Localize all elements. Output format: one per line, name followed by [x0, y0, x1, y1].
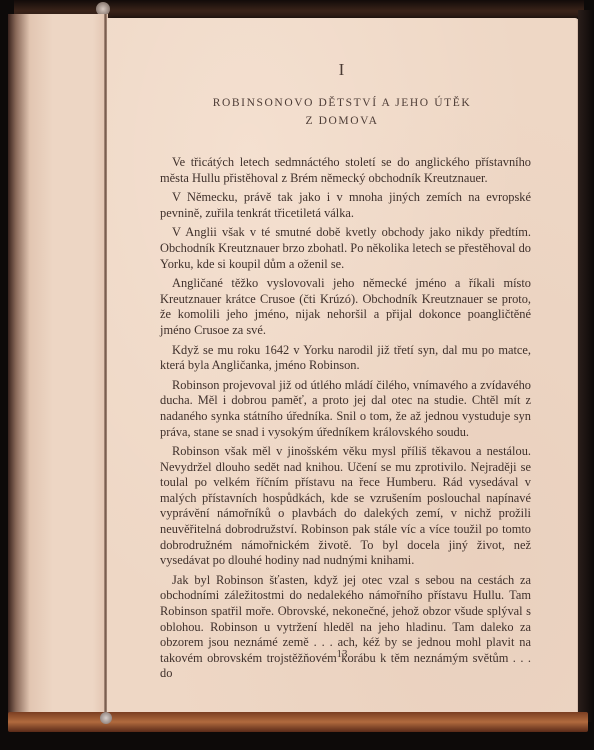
paragraph: Když se mu roku 1642 v Yorku narodil již… [160, 343, 531, 374]
paragraph: Ve třicátých letech sedmnáctého století … [160, 155, 531, 186]
chapter-number: I [107, 60, 577, 80]
page-number: 13 [107, 648, 577, 660]
chapter-body-text: Ve třicátých letech sedmnáctého století … [160, 155, 531, 686]
chapter-title-line-2: z domova [127, 112, 557, 130]
right-page: I Robinsonovo dětství a jeho útěk z domo… [107, 18, 579, 714]
book-photo: I Robinsonovo dětství a jeho útěk z domo… [0, 0, 594, 750]
book-cover-bottom-edge [8, 712, 588, 732]
left-page [8, 14, 108, 714]
paragraph: Jak byl Robinson šťasten, když jej otec … [160, 573, 531, 682]
paragraph: Angličané těžko vyslovovali jeho německé… [160, 276, 531, 338]
binding-thread-bottom [100, 712, 112, 724]
paragraph: Robinson projevoval již od útlého mládí … [160, 378, 531, 440]
paragraph: V Anglii však v té smutné době kvetly ob… [160, 225, 531, 272]
chapter-title: Robinsonovo dětství a jeho útěk z domova [127, 94, 557, 130]
right-background-shadow [578, 10, 594, 722]
paragraph: Robinson však měl v jinošském věku mysl … [160, 444, 531, 569]
paragraph: V Německu, právě tak jako i v mnoha jiný… [160, 190, 531, 221]
chapter-title-line-1: Robinsonovo dětství a jeho útěk [127, 94, 557, 112]
